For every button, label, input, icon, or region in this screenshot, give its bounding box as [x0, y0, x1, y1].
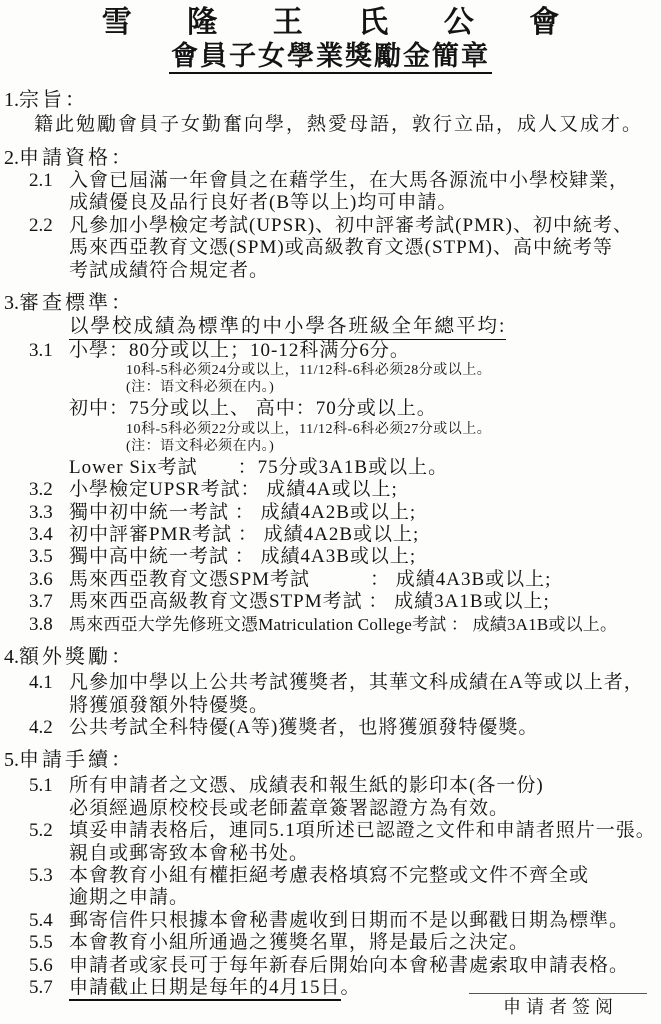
item-line: 小學檢定UPSR考試： 成績4A或以上;	[69, 479, 657, 501]
item-line: 馬來西亞教育文憑(SPM)或高級教育文憑(STPM)、高中統考等	[69, 237, 657, 259]
section-criteria: 3.審查標準： 以學校成績為標準的中小學各班級全年總平均: 3.1 小學：80分…	[4, 291, 657, 636]
item-2-1: 2.1 入會已屆滿一年會員之在藉学生，在大馬各源流中小學校肄業， 成績優良及品行…	[4, 170, 657, 215]
item-5-4: 5.4 郵寄信件只根據本會秘書處收到日期而不是以郵戳日期為標準。	[4, 910, 657, 932]
item-number: 5.3	[29, 865, 69, 887]
doc-subtitle-wrap: 會員子女學業獎勵金簡章	[4, 41, 657, 74]
criteria-note: (注：语文科必须在内。)	[126, 379, 657, 396]
item-number: 5.7	[29, 977, 69, 999]
item-number: 3.4	[29, 524, 69, 546]
item-line: 凡參加中學以上公共考試獲獎者，其華文科成績在A等或以上者，	[69, 672, 657, 694]
criteria-subheading-row: 以學校成績為標準的中小學各班級全年總平均:	[69, 315, 657, 340]
section-2-heading: 2.申請資格：	[4, 146, 657, 170]
item-number: 3.7	[29, 591, 69, 613]
criteria-note: 10科-5科必须22分或以上，11/12科-6科必须27分或以上。	[126, 421, 657, 438]
signature-block: 申请者签阅	[469, 993, 647, 1018]
item-number: 5.4	[29, 910, 69, 932]
item-5-1: 5.1 所有申請者之文憑、成績表和報生紙的影印本(各一份) 必須經過原校校長或老…	[4, 775, 657, 820]
item-number: 2.2	[29, 215, 69, 237]
item-number: 5.2	[29, 820, 69, 842]
section-1-number: 1.	[4, 89, 19, 111]
item-5-3: 5.3 本會教育小組有權拒絕考慮表格填寫不完整或文件不齊全或 逾期之申請。	[4, 865, 657, 910]
signature-line	[469, 993, 647, 994]
doc-subtitle: 會員子女學業獎勵金簡章	[169, 41, 492, 74]
criteria-primary-line: 小學：80分或以上；10-12科满分6分。	[69, 340, 657, 362]
item-number: 3.2	[29, 479, 69, 501]
item-line: 本會教育小組有權拒絕考慮表格填寫不完整或文件不齊全或	[69, 865, 657, 887]
item-line: 馬來西亞大学先修班文憑Matriculation College考試 ： 成績3…	[69, 614, 657, 636]
item-number: 5.5	[29, 932, 69, 954]
section-4-number: 4.	[4, 646, 19, 668]
item-line: 必須經過原校校長或老師蓋章簽署認證方為有效。	[69, 798, 657, 820]
deadline-period: 。	[341, 977, 361, 998]
item-number: 4.1	[29, 672, 69, 694]
item-line: 郵寄信件只根據本會秘書處收到日期而不是以郵戳日期為標準。	[69, 910, 657, 932]
section-procedure: 5.申請手續： 5.1 所有申請者之文憑、成績表和報生紙的影印本(各一份) 必須…	[4, 748, 657, 999]
item-5-2: 5.2 填妥申請表格后，連同5.1項所述已認證之文件和申請者照片一張。 親自或郵…	[4, 820, 657, 865]
item-line: 公共考試全科特優(A等)獲獎者，也將獲頒發特優獎。	[69, 717, 657, 739]
item-line: 所有申請者之文憑、成績表和報生紙的影印本(各一份)	[69, 775, 657, 797]
item-line: 馬來西亞教育文憑SPM考試 ： 成績4A3B或以上;	[69, 569, 657, 591]
item-line: 獨中初中統一考試 ： 成績4A2B或以上;	[69, 502, 657, 524]
section-1-heading: 1.宗旨：	[4, 88, 657, 112]
item-3-2: 3.2 小學檢定UPSR考試： 成績4A或以上;	[4, 479, 657, 501]
item-number: 4.2	[29, 717, 69, 739]
criteria-secondary-line: 初中：75分或以上、 高中：70分或以上。	[69, 398, 657, 420]
item-number: 3.3	[29, 502, 69, 524]
item-number: 3.6	[29, 569, 69, 591]
item-number: 3.8	[29, 614, 69, 636]
signature-label: 申请者签阅	[469, 996, 647, 1018]
item-line: 填妥申請表格后，連同5.1項所述已認證之文件和申請者照片一張。	[69, 820, 657, 842]
criteria-lower-six-line: Lower Six考試 ：75分或3A1B或以上。	[69, 457, 657, 479]
item-number: 5.6	[29, 955, 69, 977]
section-5-heading: 5.申請手續：	[4, 748, 657, 772]
item-5-5: 5.5 本會教育小組所通過之獲獎名單，將是最后之決定。	[4, 932, 657, 954]
item-number: 5.1	[29, 775, 69, 797]
section-2-number: 2.	[4, 147, 19, 169]
item-line: 馬來西亞高級教育文憑STPM考試 ： 成績3A1B或以上;	[69, 591, 657, 613]
item-3-1: 3.1 小學：80分或以上；10-12科满分6分。 10科-5科必须24分或以上…	[4, 340, 657, 479]
item-3-7: 3.7 馬來西亞高級教育文憑STPM考試 ： 成績3A1B或以上;	[4, 591, 657, 613]
document-page: 雪 隆 王 氏 公 會 會員子女學業獎勵金簡章 1.宗旨： 籍此勉勵會員子女勤奮…	[0, 0, 661, 1024]
item-line: 初中評審PMR考試 ： 成績4A2B或以上;	[69, 524, 657, 546]
criteria-note: 10科-5科必须24分或以上，11/12科-6科必须28分或以上。	[126, 362, 657, 379]
section-3-number: 3.	[4, 292, 19, 314]
item-number: 3.1	[29, 340, 69, 362]
section-purpose: 1.宗旨： 籍此勉勵會員子女勤奮向學，熱愛母語，敦行立品，成人又成才。	[4, 88, 657, 137]
item-line: 逾期之申請。	[69, 887, 657, 909]
item-3-5: 3.5 獨中高中統一考試 ： 成績4A3B或以上;	[4, 546, 657, 568]
item-3-3: 3.3 獨中初中統一考試 ： 成績4A2B或以上;	[4, 502, 657, 524]
section-4-heading: 4.額外獎勵：	[4, 645, 657, 669]
section-extra-awards: 4.額外獎勵： 4.1 凡參加中學以上公共考試獲獎者，其華文科成績在A等或以上者…	[4, 645, 657, 739]
item-line: 申請者或家長可于每年新春后開始向本會秘書處索取申請表格。	[69, 955, 657, 977]
doc-title: 雪 隆 王 氏 公 會	[4, 6, 657, 39]
item-line: 親自或郵寄致本會秘书处。	[69, 843, 657, 865]
section-eligibility: 2.申請資格： 2.1 入會已屆滿一年會員之在藉学生，在大馬各源流中小學校肄業，…	[4, 146, 657, 282]
section-5-number: 5.	[4, 749, 19, 771]
item-line: 本會教育小組所通過之獲獎名單，將是最后之決定。	[69, 932, 657, 954]
item-line: 考試成績符合規定者。	[69, 260, 657, 282]
deadline-underlined-text: 申請截止日期是每年的4月15日	[69, 977, 341, 1001]
item-3-8: 3.8 馬來西亞大学先修班文憑Matriculation College考試 ：…	[4, 614, 657, 636]
purpose-text: 籍此勉勵會員子女勤奮向學，熱愛母語，敦行立品，成人又成才。	[34, 112, 657, 137]
item-3-4: 3.4 初中評審PMR考試 ： 成績4A2B或以上;	[4, 524, 657, 546]
item-4-2: 4.2 公共考試全科特優(A等)獲獎者，也將獲頒發特優獎。	[4, 717, 657, 739]
section-3-heading: 3.審查標準：	[4, 291, 657, 315]
item-4-1: 4.1 凡參加中學以上公共考試獲獎者，其華文科成績在A等或以上者， 將獲頒發額外…	[4, 672, 657, 717]
item-5-6: 5.6 申請者或家長可于每年新春后開始向本會秘書處索取申請表格。	[4, 955, 657, 977]
item-line: 獨中高中統一考試 ： 成績4A3B或以上;	[69, 546, 657, 568]
item-number: 2.1	[29, 170, 69, 192]
criteria-note: (注：语文科必须在内。)	[126, 438, 657, 455]
item-3-6: 3.6 馬來西亞教育文憑SPM考試 ： 成績4A3B或以上;	[4, 569, 657, 591]
item-line: 將獲頒發額外特優獎。	[69, 695, 657, 717]
item-2-2: 2.2 凡參加小學檢定考試(UPSR)、初中評審考試(PMR)、初中統考、 馬來…	[4, 215, 657, 282]
item-line: 成績優良及品行良好者(B等以上)均可申請。	[69, 192, 657, 214]
criteria-subheading: 以學校成績為標準的中小學各班級全年總平均:	[69, 315, 506, 340]
item-number: 3.5	[29, 546, 69, 568]
item-line: 凡參加小學檢定考試(UPSR)、初中評審考試(PMR)、初中統考、	[69, 215, 657, 237]
item-line: 入會已屆滿一年會員之在藉学生，在大馬各源流中小學校肄業，	[69, 170, 657, 192]
